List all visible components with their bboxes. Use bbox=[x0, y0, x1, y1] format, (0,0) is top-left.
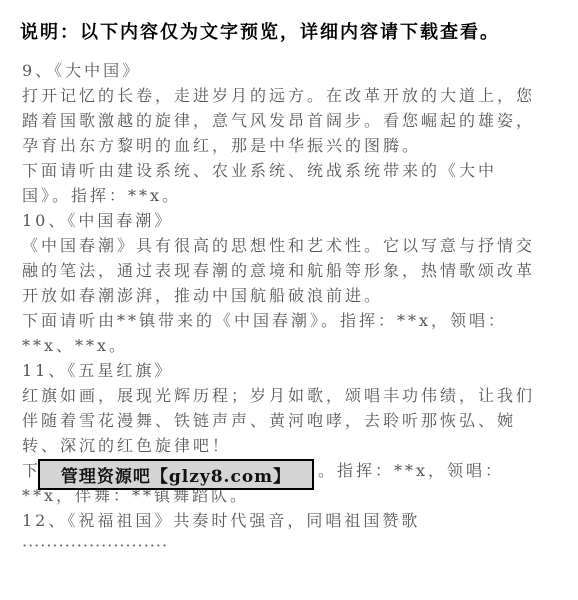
text-line: 融的笔法，通过表现春潮的意境和航船等形象，热情歌颂改革 bbox=[22, 258, 535, 283]
document-preview-page: 说明：以下内容仅为文字预览，详细内容请下载查看。 9、《大中国》 打开记忆的长卷… bbox=[0, 0, 578, 600]
song-item-title: 9、《大中国》 bbox=[22, 58, 535, 83]
song-item-title: 10、《中国春潮》 bbox=[22, 208, 535, 233]
text-line: 下面请听由建设系统、农业系统、统战系统带来的《大中 bbox=[22, 158, 535, 183]
text-line: 《中国春潮》具有很高的思想性和艺术性。它以写意与抒情交 bbox=[22, 233, 535, 258]
text-line: **x、**x。 bbox=[22, 333, 535, 358]
text-line: 打开记忆的长卷，走进岁月的远方。在改革开放的大道上，您 bbox=[22, 83, 535, 108]
text-line: 孕育出东方黎明的血红，那是中华振兴的图腾。 bbox=[22, 133, 535, 158]
preview-notice: 说明：以下内容仅为文字预览，详细内容请下载查看。 bbox=[20, 18, 500, 44]
text-line: 下面请听由**镇带来的《中国春潮》。指挥：**x，领唱： bbox=[22, 308, 535, 333]
watermark-badge: 管理资源吧【glzy8.com】 bbox=[38, 459, 314, 490]
text-line-suffix: 。指挥：**x，领唱： bbox=[318, 458, 504, 483]
text-line: 踏着国歌激越的旋律，意气风发昂首阔步。看您崛起的雄姿， bbox=[22, 108, 535, 133]
ellipsis-line: ························ bbox=[22, 533, 535, 558]
text-line: 开放如春潮澎湃，推动中国航船破浪前进。 bbox=[22, 283, 535, 308]
text-line: 红旗如画，展现光辉历程；岁月如歌，颂唱丰功伟绩，让我们 bbox=[22, 383, 535, 408]
song-item-title: 12、《祝福祖国》共奏时代强音，同唱祖国赞歌 bbox=[22, 508, 535, 533]
text-line: 伴随着雪花漫舞、铁链声声、黄河咆哮，去聆听那恢弘、婉 bbox=[22, 408, 535, 433]
text-line: 国》。指挥：**x。 bbox=[22, 183, 535, 208]
song-item-title: 11、《五星红旗》 bbox=[22, 358, 535, 383]
text-line: 转、深沉的红色旋律吧！ bbox=[22, 433, 535, 458]
